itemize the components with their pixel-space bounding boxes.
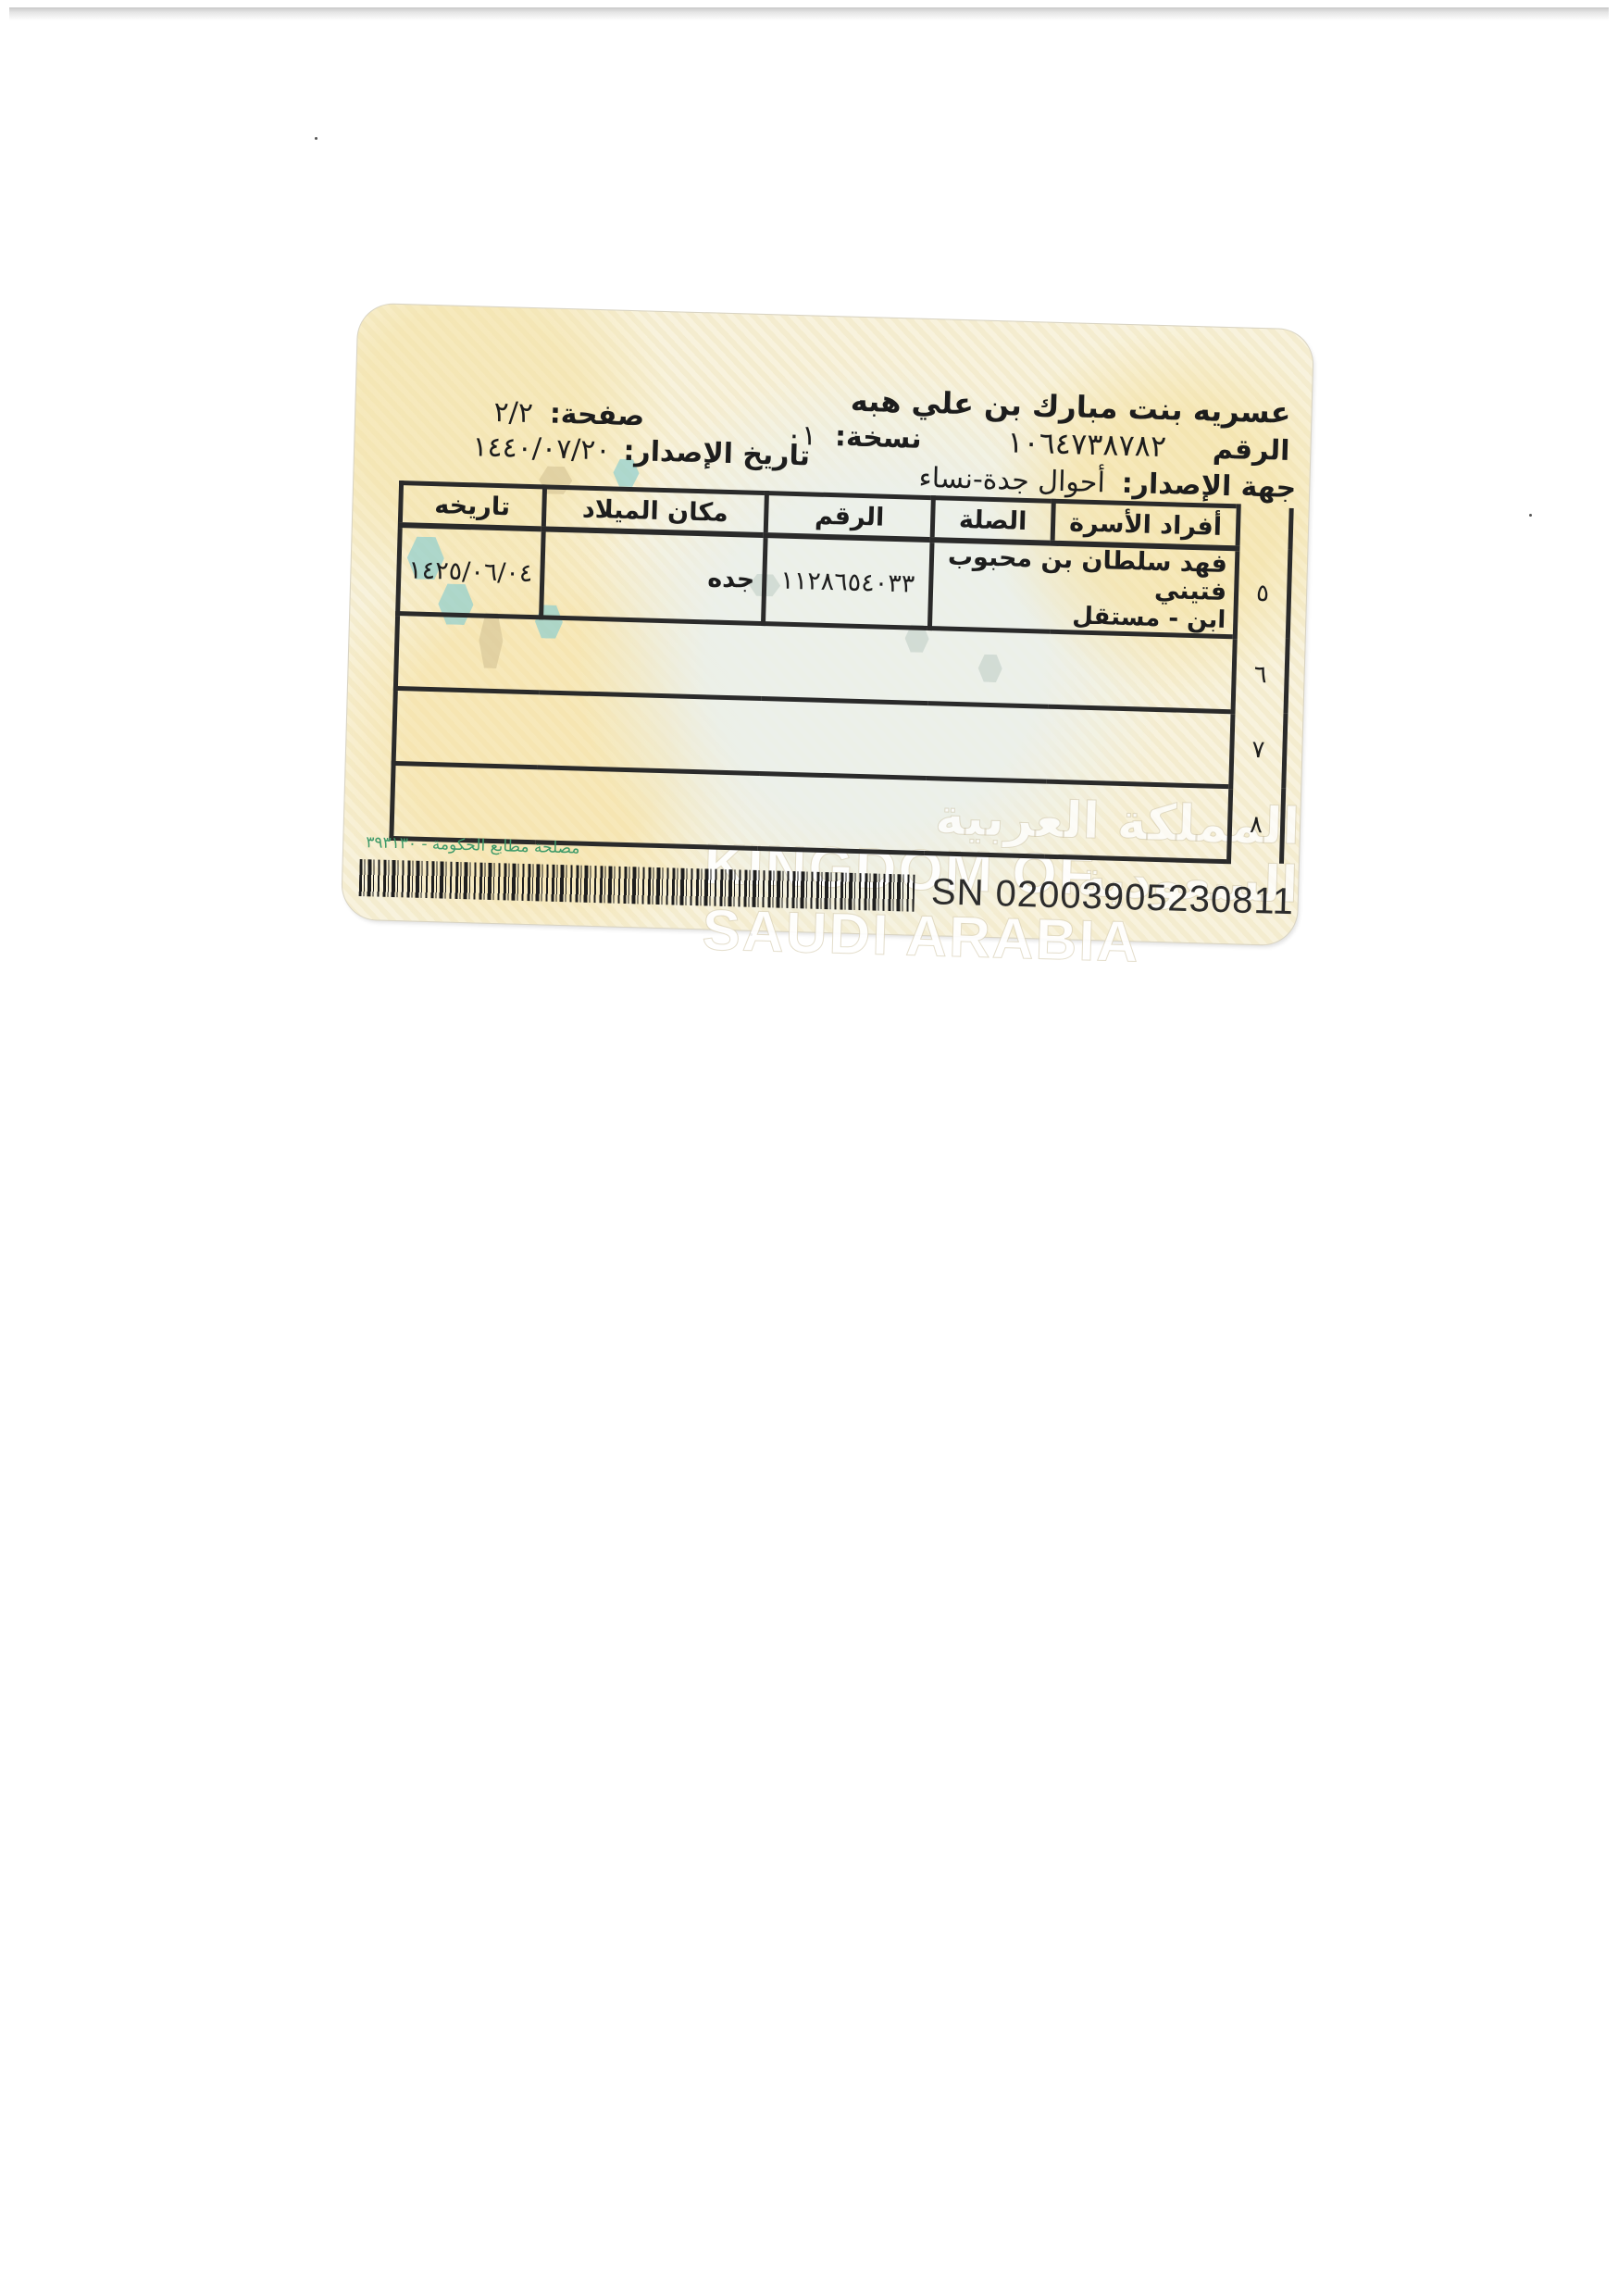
row-index: ٨ (1229, 787, 1284, 864)
issue-date-field: تاريخ الإصدار:١٤٤٠/٠٧/٢٠ (472, 430, 811, 473)
page-field: صفحة:٢/٢ (493, 396, 645, 434)
page-label: صفحة: (549, 398, 644, 433)
column-header-birth-date: تاريخه (400, 483, 544, 530)
column-header-relation: الصلة (932, 498, 1053, 543)
scan-shadow-edge (9, 7, 1609, 20)
member-name: فهد سلطان بن محبوب فتيني (948, 543, 1228, 606)
issue-date-label: تاريخ الإصدار: (623, 435, 811, 473)
family-members-table: أفراد الأسرة الصلة الرقم مكان الميلاد تا… (389, 480, 1294, 866)
index-header (1238, 506, 1291, 550)
scan-speck (1529, 514, 1532, 517)
member-birth-date: ١٤٢٥/٠٦/٠٤ (397, 525, 543, 618)
page-value: ٢/٢ (493, 396, 533, 430)
card-number-label: الرقم (1213, 433, 1290, 468)
issue-authority-value: أحوال جدة-نساء (918, 462, 1105, 500)
scan-speck (315, 137, 317, 140)
card-number-value: ١٠٦٤٧٣٨٧٨٢ (1007, 424, 1167, 464)
row-index: ٦ (1233, 637, 1288, 714)
member-birth-place: جده (541, 529, 766, 623)
member-name-cell: فهد سلطان بن محبوب فتيني ابن - مستقل (929, 540, 1238, 637)
family-card: المملكة العربية السعودية KINGDOM OF SAUD… (342, 304, 1313, 946)
copy-label: نسخة: (835, 420, 923, 455)
column-header-members: أفراد الأسرة (1052, 501, 1238, 548)
member-number: ١١٢٨٦٥٤٠٣٣ (763, 535, 932, 628)
issue-authority-label: جهة الإصدار: (1121, 468, 1296, 505)
row-index: ٧ (1231, 712, 1286, 789)
column-header-number: الرقم (765, 493, 933, 541)
column-header-birth-place: مكان الميلاد (543, 487, 766, 535)
row-index: ٥ (1235, 548, 1290, 638)
issue-date-value: ١٤٤٠/٠٧/٢٠ (472, 430, 611, 467)
card-number-field: الرقم١٠٦٤٧٣٨٧٨٢ (1007, 425, 1290, 468)
